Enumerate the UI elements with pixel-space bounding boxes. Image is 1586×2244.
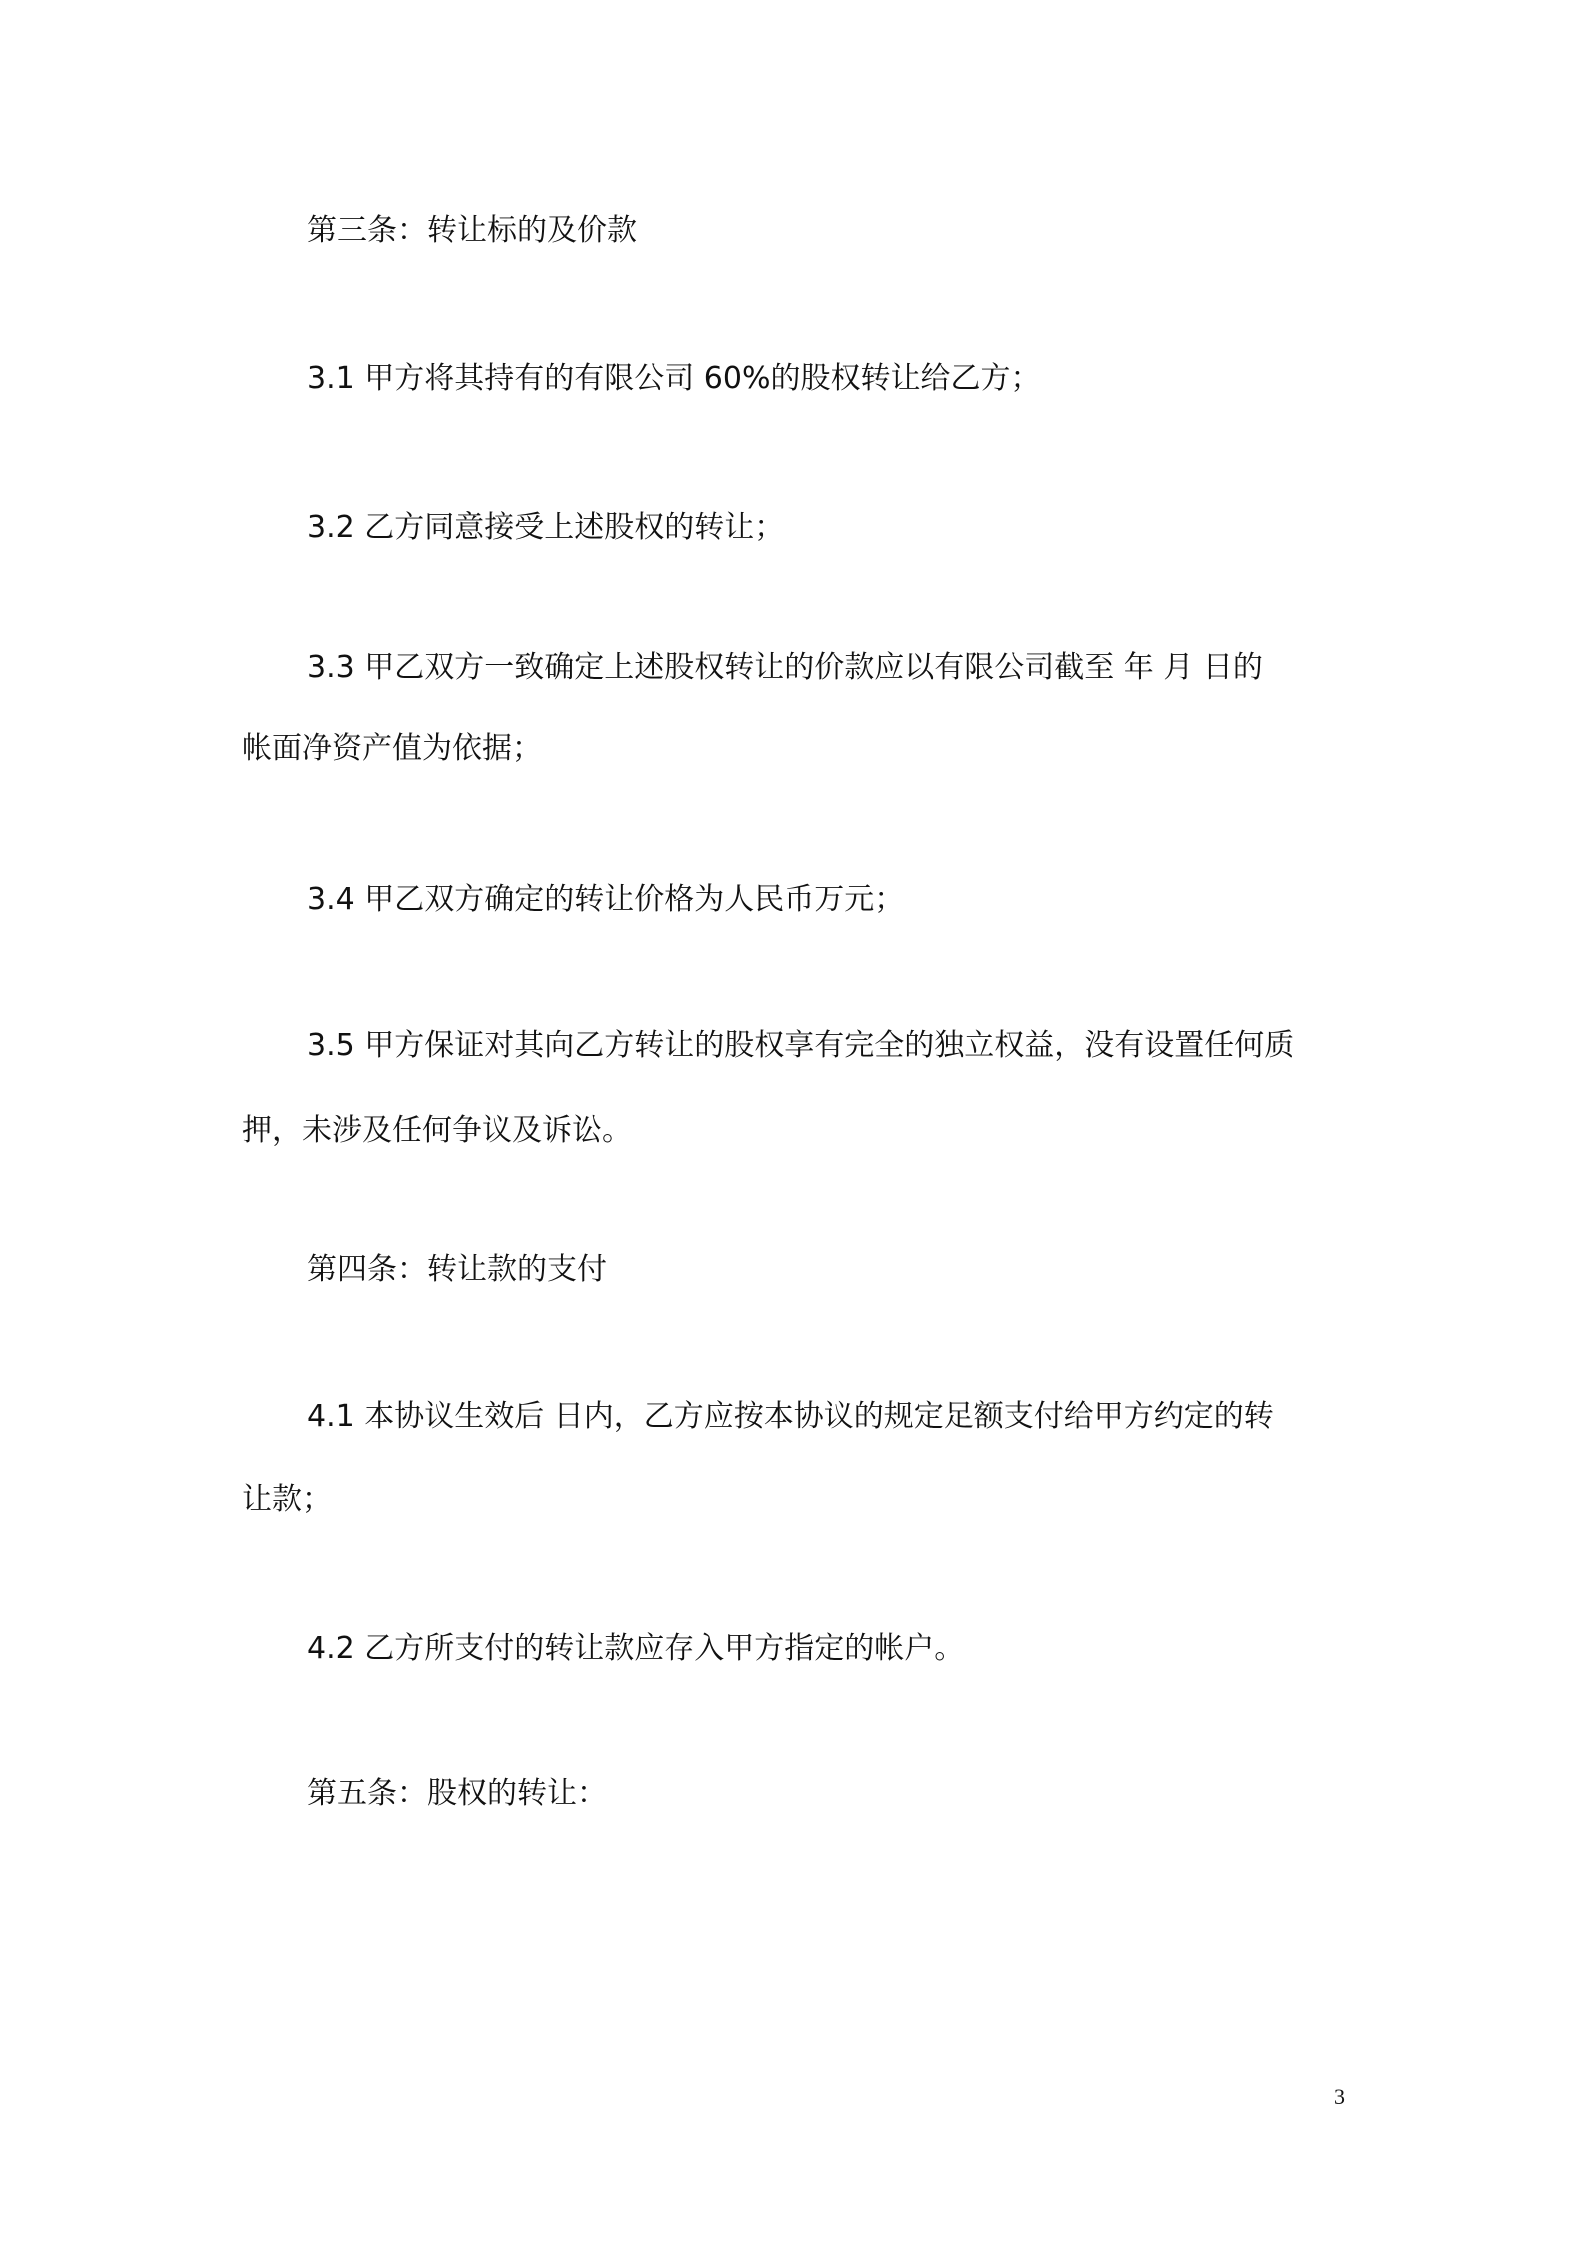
clause-3-3-continued: 帐面净资产值为依据； — [242, 732, 542, 766]
clause-3-2: 3.2 乙方同意接受上述股权的转让； — [307, 511, 784, 545]
clause-3-4: 3.4 甲乙双方确定的转让价格为人民币万元； — [307, 883, 904, 917]
clause-3-5: 3.5 甲方保证对其向乙方转让的股权享有完全的独立权益，没有设置任何质 — [307, 1029, 1294, 1063]
clause-3-1: 3.1 甲方将其持有的有限公司 60%的股权转让给乙方； — [307, 362, 1040, 396]
clause-4-1-continued: 让款； — [242, 1483, 332, 1517]
clause-4-2: 4.2 乙方所支付的转让款应存入甲方指定的帐户。 — [307, 1632, 964, 1666]
article-4-heading: 第四条：转让款的支付 — [307, 1253, 607, 1287]
clause-3-5-continued: 押，未涉及任何争议及诉讼。 — [242, 1114, 632, 1148]
page-number: 3 — [1334, 2084, 1345, 2110]
article-3-heading: 第三条：转让标的及价款 — [307, 214, 637, 248]
article-5-heading: 第五条：股权的转让： — [307, 1777, 607, 1811]
clause-4-1: 4.1 本协议生效后 日内，乙方应按本协议的规定足额支付给甲方约定的转 — [307, 1400, 1274, 1434]
clause-3-3: 3.3 甲乙双方一致确定上述股权转让的价款应以有限公司截至 年 月 日的 — [307, 651, 1263, 685]
